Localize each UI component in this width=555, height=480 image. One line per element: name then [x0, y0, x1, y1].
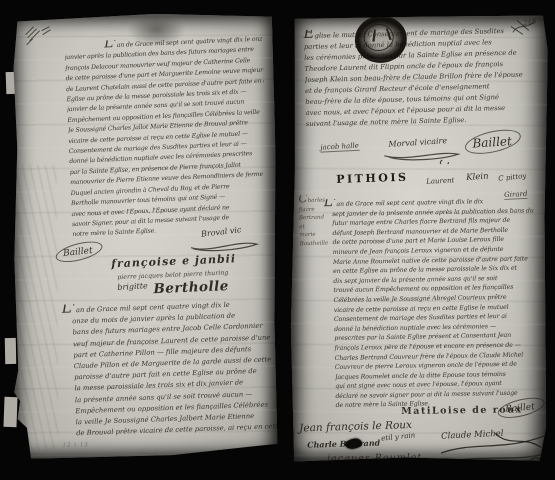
signature-charle-bertrand: Charle Bertrand [307, 438, 380, 450]
signature-pittoy: C pittoy [498, 172, 527, 183]
pen-scribble-icon [24, 25, 54, 55]
page-edge-tab [3, 397, 17, 427]
signature-francoise: françoise e janbii [111, 252, 236, 270]
signature-bertholle: Bertholle [153, 278, 229, 297]
signature-pithois: PITHOIS [336, 171, 409, 186]
signature-baillet-right-top: Baillet [472, 134, 512, 151]
right-page: 248 Eglise le mutuel Consentement de mar… [289, 14, 548, 462]
page-edge-tab [5, 338, 16, 364]
signature-jacques-roumlet: jacques Roumlet [327, 452, 422, 464]
marriage-act-1: L'an de Grace mil sept cent quatre vingt… [64, 34, 270, 241]
marriage-act-2: L'an de Grace mil sept cent quatre vingt… [72, 297, 279, 439]
signature-flourish-icon [189, 237, 259, 253]
signature-brigitte: brigitte [117, 281, 148, 292]
ink-bleed-through [15, 165, 59, 450]
pencil-note: 12 i 13 [62, 442, 88, 448]
signature-scrawl: etil y rain [381, 431, 416, 442]
left-page: L'an de Grace mil sept cent quatre vingt… [9, 13, 277, 459]
signature-baillet-left: Baillet [63, 246, 93, 259]
marriage-act-3: L'an de Grace mil sept cent quatre vingt… [332, 195, 548, 411]
register-scan: L'an de Grace mil sept cent quatre vingt… [0, 0, 555, 480]
flourish-signature-icon [437, 427, 549, 471]
marriage-act-continuation: Eglise le mutuel Consentement de mariage… [303, 24, 543, 130]
signature-flourish-icon [382, 148, 460, 164]
signature-jacob-halle: jacob halle [320, 142, 359, 153]
signature-klein: Klein [466, 172, 489, 183]
signature-laurent: Laurent [426, 176, 454, 185]
signature-baillet-right-bottom: Baillet [505, 402, 535, 414]
